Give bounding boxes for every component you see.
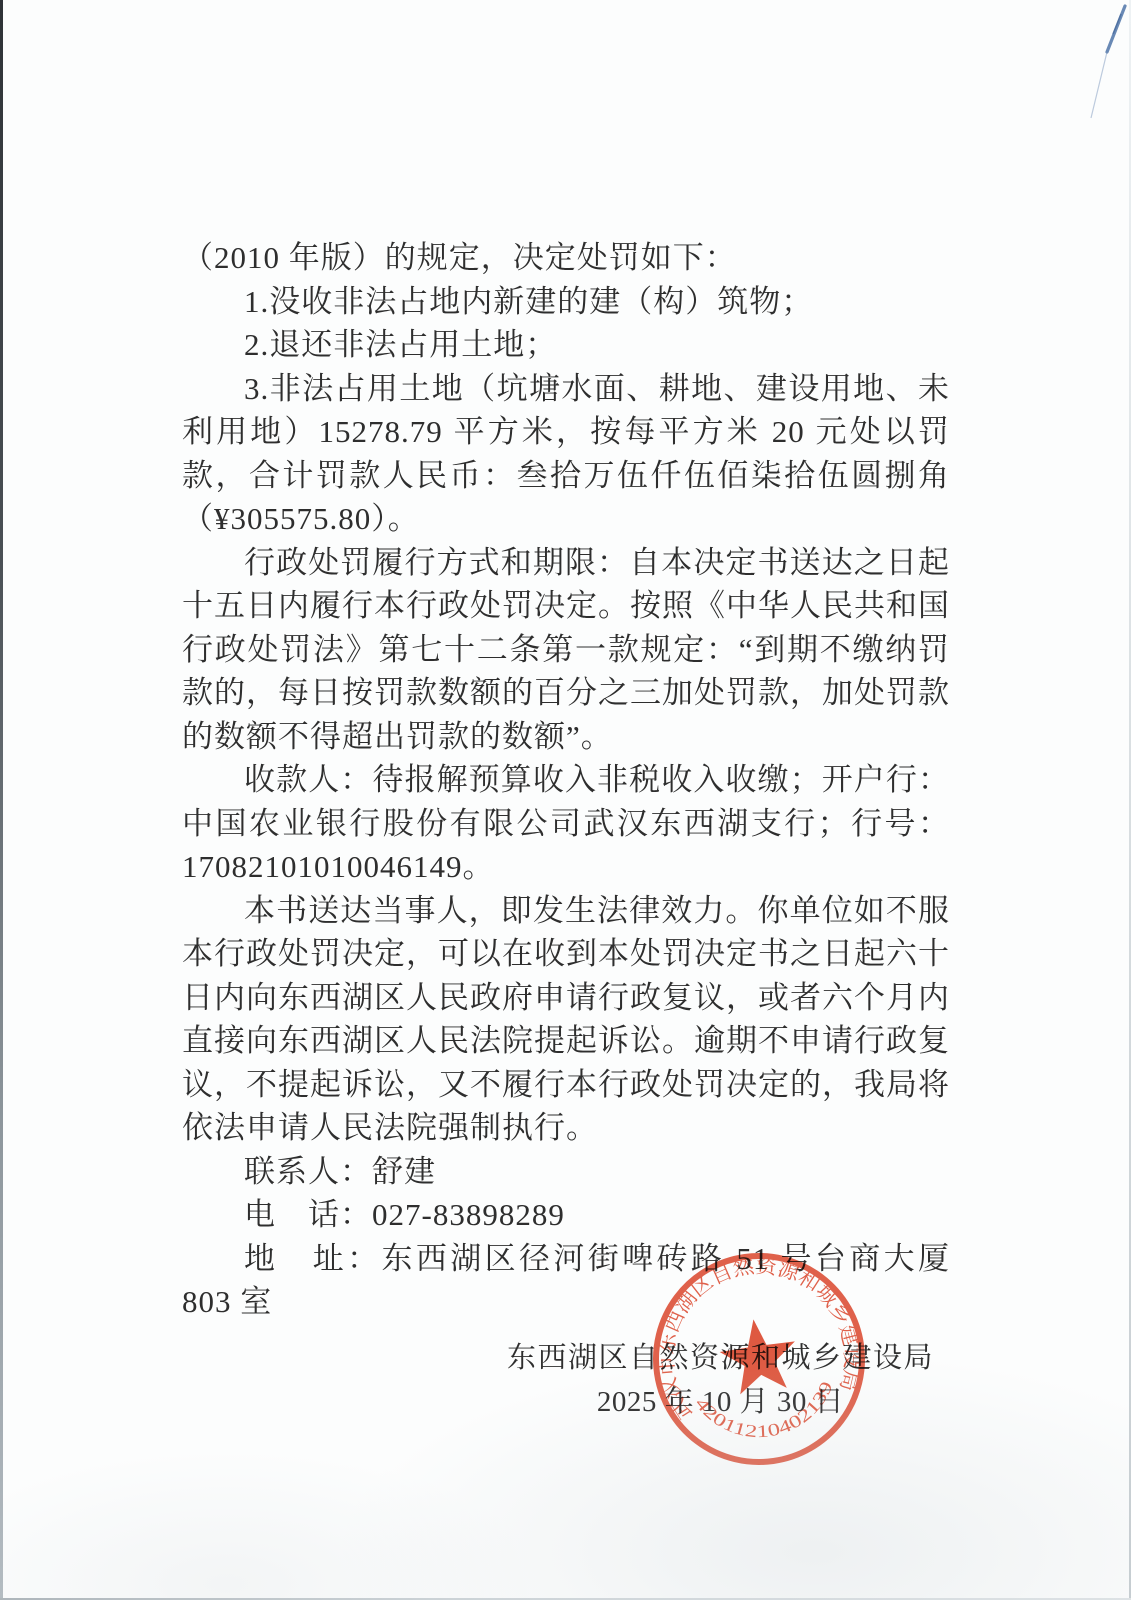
- document-body: （2010 年版）的规定，决定处罚如下： 1.没收非法占地内新建的建（构）筑物；…: [182, 236, 950, 1324]
- signature-block: 东西湖区自然资源和城乡建设局 2025 年 10 月 30 日: [507, 1336, 934, 1424]
- body-paragraph-legal-effect: 本书送达当事人，即发生法律效力。你单位如不服本行政处罚决定，可以在收到本处罚决定…: [182, 889, 950, 1150]
- body-paragraph-item-2: 2.退还非法占用土地；: [182, 323, 950, 367]
- body-paragraph: （2010 年版）的规定，决定处罚如下：: [182, 236, 950, 280]
- contact-phone-line: 电 话：027-83898289: [182, 1193, 950, 1237]
- scanned-page: （2010 年版）的规定，决定处罚如下： 1.没收非法占地内新建的建（构）筑物；…: [0, 0, 1131, 1600]
- body-paragraph-deadline: 行政处罚履行方式和期限：自本决定书送达之日起十五日内履行本行政处罚决定。按照《中…: [182, 541, 950, 759]
- contact-address-line: 地 址：东西湖区径河街啤砖路 51 号台商大厦 803 室: [182, 1237, 950, 1324]
- body-paragraph-payee: 收款人：待报解预算收入非税收入收缴；开户行：中国农业银行股份有限公司武汉东西湖支…: [182, 758, 950, 889]
- pen-mark: [1061, 0, 1131, 150]
- body-paragraph-item-3: 3.非法占用土地（坑塘水面、耕地、建设用地、未利用地）15278.79 平方米，…: [182, 367, 950, 541]
- contact-person-line: 联系人：舒建: [182, 1150, 950, 1194]
- page-edge-left: [0, 0, 3, 1600]
- signature-date: 2025 年 10 月 30 日: [507, 1380, 934, 1424]
- signature-org: 东西湖区自然资源和城乡建设局: [507, 1336, 934, 1380]
- body-paragraph-item-1: 1.没收非法占地内新建的建（构）筑物；: [182, 280, 950, 324]
